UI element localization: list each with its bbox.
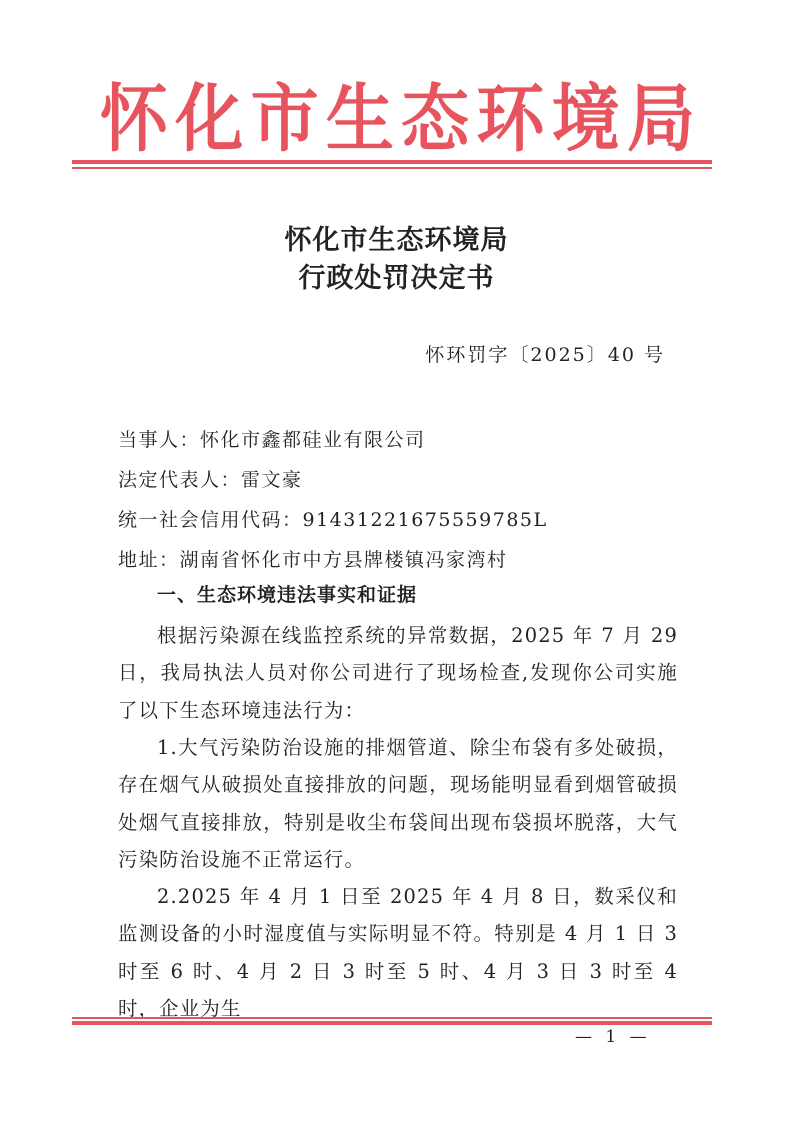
masthead-char: 局	[627, 82, 695, 155]
page-number: — 1 —	[575, 1027, 651, 1047]
paragraph-intro: 根据污染源在线监控系统的异常数据，2025 年 7 月 29 日，我局执法人员对…	[118, 617, 678, 729]
party-name: 当事人：怀化市鑫都硅业有限公司	[118, 425, 426, 452]
document-title-line1: 怀化市生态环境局	[0, 218, 793, 257]
document-number: 怀环罚字〔2025〕40 号	[425, 340, 665, 367]
credit-code: 统一社会信用代码：91431221675559785L	[118, 505, 548, 532]
masthead-char: 环	[476, 82, 544, 155]
masthead-char: 化	[175, 82, 243, 155]
masthead-char: 怀	[100, 82, 168, 155]
document-title-line2: 行政处罚决定书	[0, 256, 793, 295]
masthead-char: 市	[251, 82, 319, 155]
address: 地址：湖南省怀化市中方县牌楼镇冯家湾村	[118, 545, 508, 572]
masthead-char: 态	[401, 82, 469, 155]
footer-rule-thin	[72, 1017, 712, 1019]
masthead-char: 境	[552, 82, 620, 155]
masthead-agency-name: 怀 化 市 生 态 环 境 局	[100, 78, 695, 160]
header-rule-thick	[72, 160, 712, 164]
section-heading-violations: 一、生态环境违法事实和证据	[157, 580, 417, 607]
footer-rule-thick	[72, 1021, 712, 1025]
paragraph-item-1: 1.大气污染防治设施的排烟管道、除尘布袋有多处破损，存在烟气从破损处直接排放的问…	[118, 729, 678, 878]
paragraph-item-2: 2.2025 年 4 月 1 日至 2025 年 4 月 8 日，数采仪和监测设…	[118, 878, 678, 1027]
header-rule-thin	[72, 167, 712, 169]
masthead-char: 生	[326, 82, 394, 155]
legal-representative: 法定代表人：雷文豪	[118, 465, 303, 492]
